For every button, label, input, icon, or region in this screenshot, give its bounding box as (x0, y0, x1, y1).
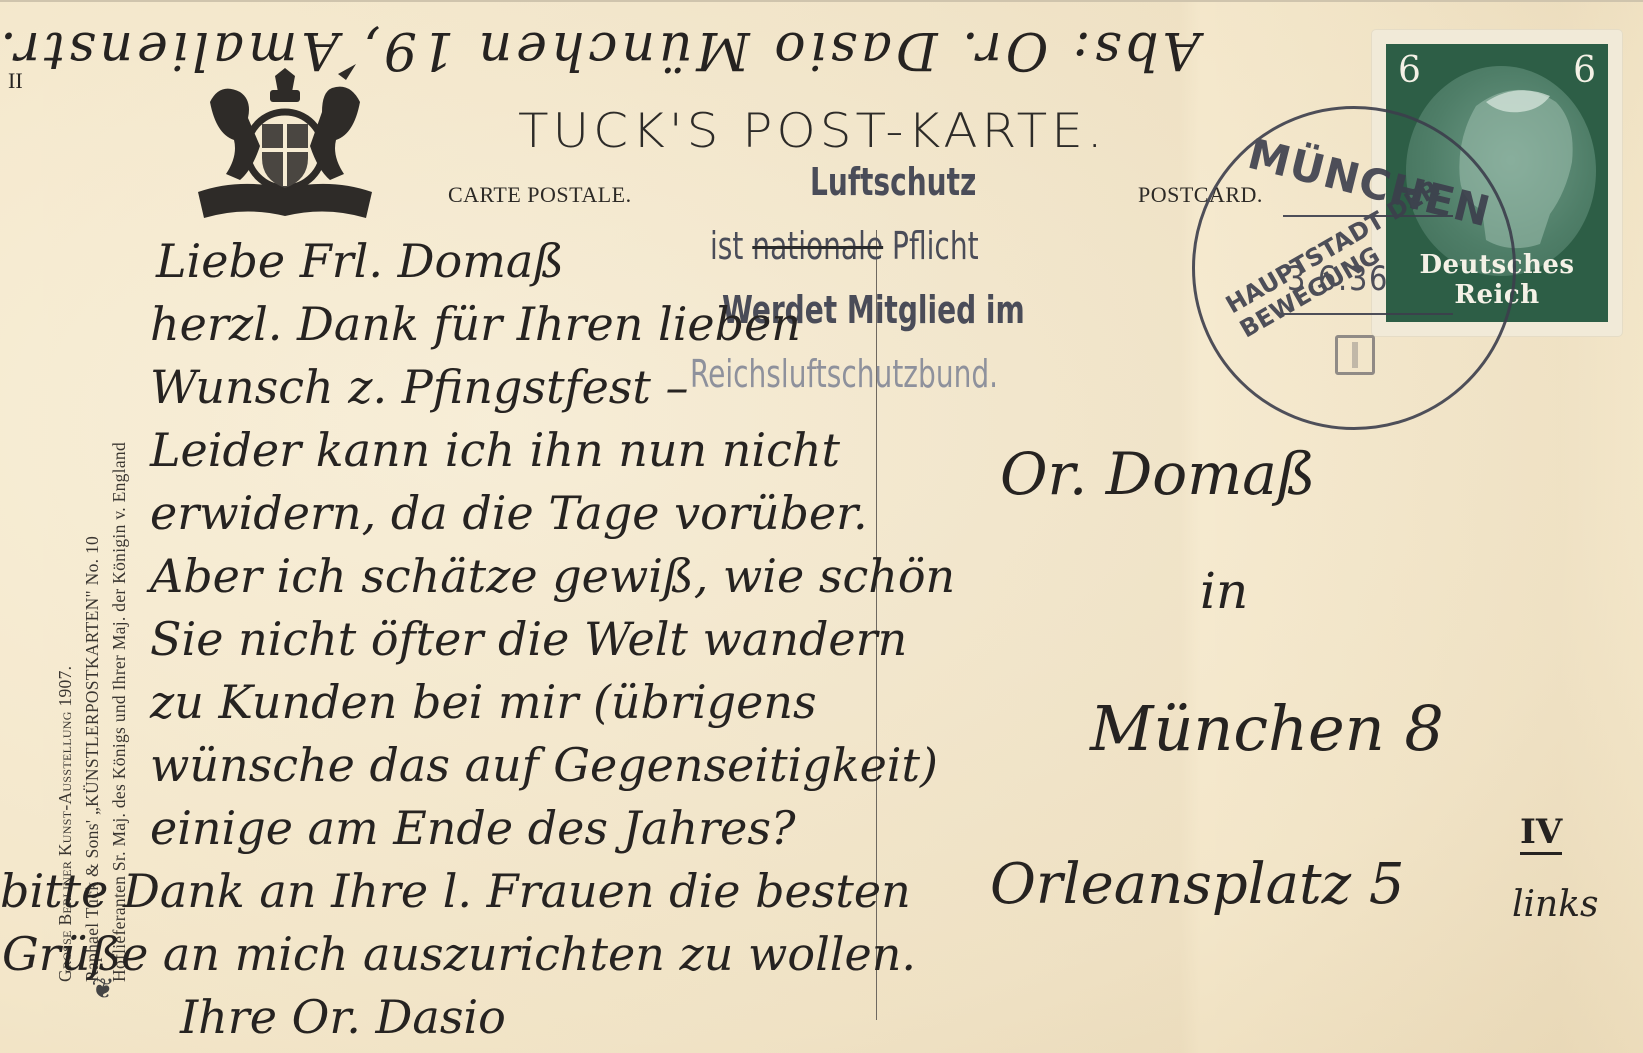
message-line: erwidern, da die Tage vorüber. (150, 482, 955, 545)
message-line: Liebe Frl. Domaß (156, 230, 955, 293)
sender-address-upside-down: Abs: Or. Dasio München 19, Amalienstr. 8 (0, 8, 1200, 92)
imprint-line-1: Grosse Berliner Kunst-Ausstellung 1907. (52, 82, 79, 982)
handwritten-message: Liebe Frl. Domaß herzl. Dank für Ihren l… (150, 230, 955, 1049)
royal-coat-of-arms-icon (190, 62, 380, 230)
recipient-side: links (1512, 884, 1599, 925)
recipient-city: München 8 (1090, 692, 1444, 765)
recipient-floor: IV (1520, 812, 1562, 855)
recipient-in: in (1200, 562, 1248, 620)
stamp-value-left: 6 (1398, 50, 1421, 91)
message-line: Sie nicht öfter die Welt wandern (150, 608, 955, 671)
sender-floor: II (8, 68, 23, 94)
postmark-emblem-icon (1335, 335, 1375, 375)
message-signature: Ihre Or. Dasio (180, 986, 955, 1049)
publisher-logo-icon: ❦ (86, 968, 120, 1012)
message-line: herzl. Dank für Ihren lieben (150, 293, 955, 356)
message-line: zu Kunden bei mir (übrigens (150, 671, 955, 734)
recipient-name: Or. Domaß (1000, 440, 1316, 508)
publisher-imprint: Grosse Berliner Kunst-Ausstellung 1907. … (52, 82, 133, 982)
postmark: MÜNCHEN 3.6.36 HAUPTSTADT DER BEWEGUNG (1192, 106, 1516, 430)
message-line: wünsche das auf Gegenseitigkeit) (150, 734, 955, 797)
message-line: Leider kann ich ihn nun nicht (150, 419, 955, 482)
label-carte-postale: CARTE POSTALE. (448, 182, 632, 208)
postcard-back: Abs: Or. Dasio München 19, Amalienstr. 8… (0, 0, 1643, 1051)
imprint-line-3: Hoflieferanten Sr. Maj. des Königs und I… (106, 82, 133, 982)
slogan-line-1: Luftschutz (810, 150, 1105, 214)
message-line: bitte Dank an Ihre l. Frauen die besten (0, 860, 955, 923)
stamp-value-right: 6 (1573, 50, 1596, 91)
message-line: Wunsch z. Pfingstfest – (150, 356, 955, 419)
postmark-rule-bottom (1283, 313, 1453, 315)
recipient-street: Orleansplatz 5 (990, 852, 1405, 917)
imprint-line-2: Raphael Tuck & Sons' „KÜNSTLERPOSTKARTEN… (79, 82, 106, 982)
message-line: einige am Ende des Jahres? (150, 797, 955, 860)
message-line: Aber ich schätze gewiß, wie schön (150, 545, 955, 608)
message-line: Grüße an mich auszurichten zu wollen. (2, 923, 955, 986)
